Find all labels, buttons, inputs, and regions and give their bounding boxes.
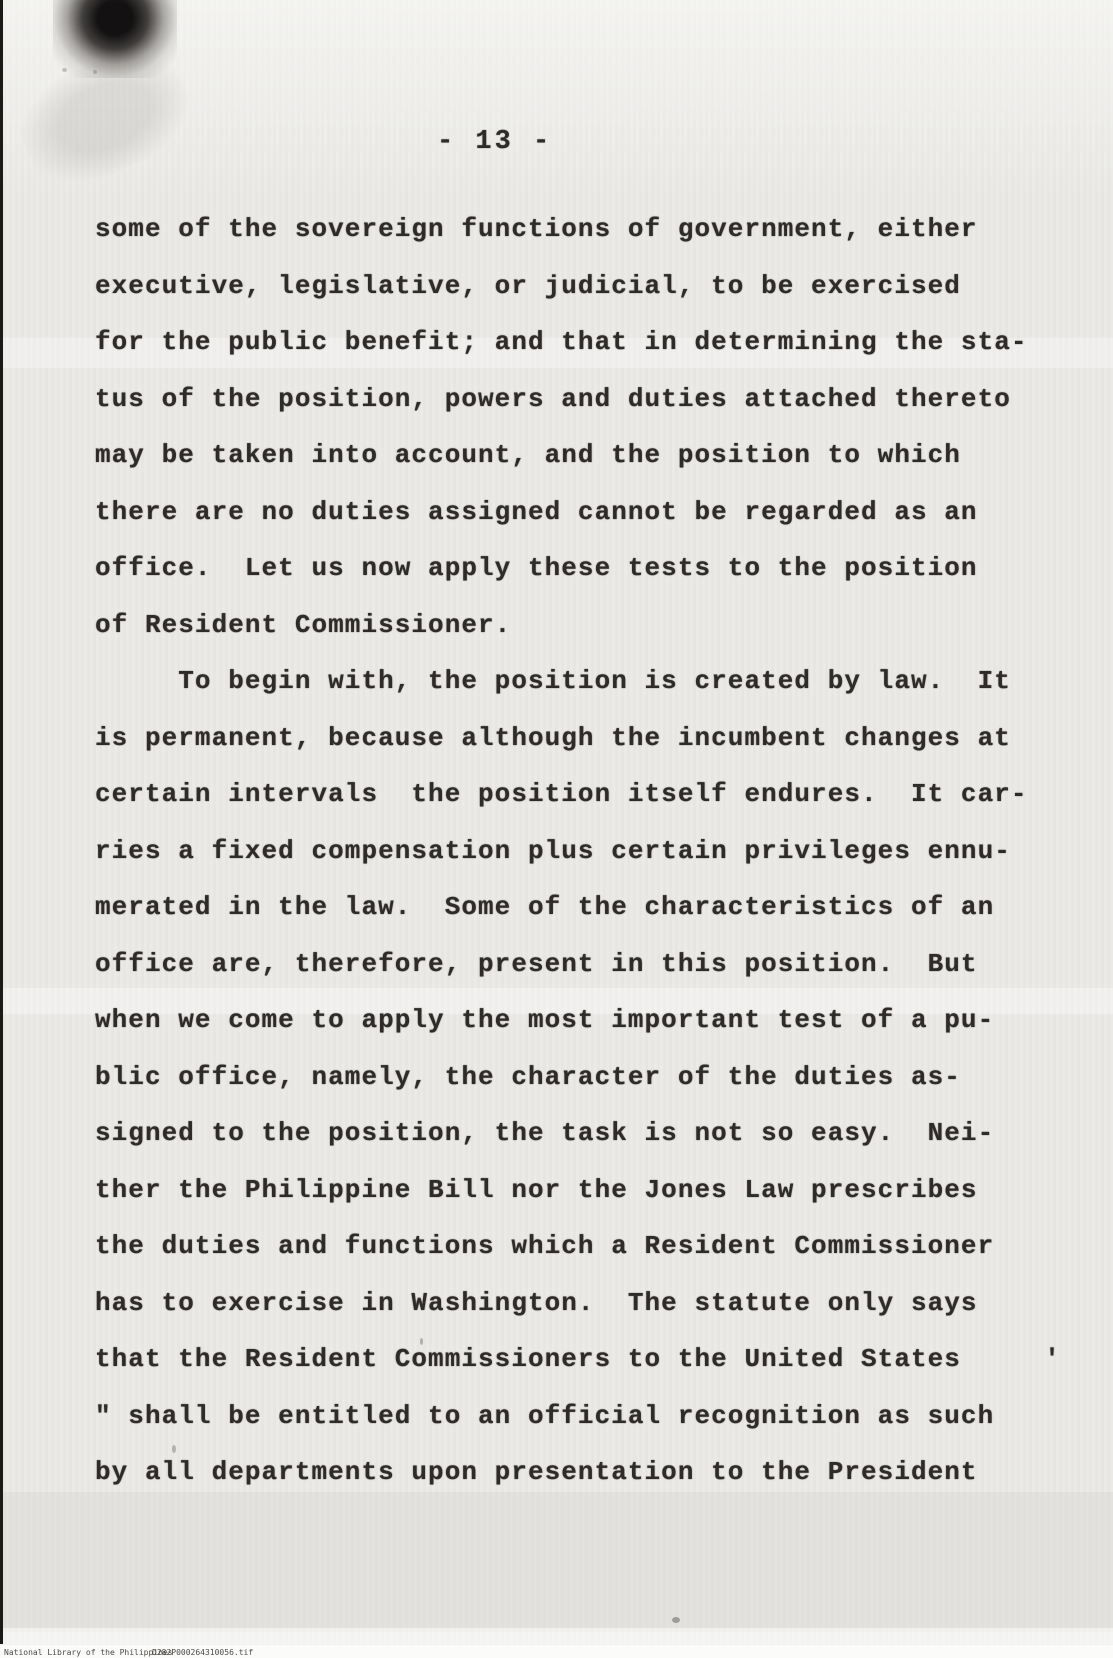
typewritten-text-line: To begin with, the position is created b… <box>95 653 1055 710</box>
typewritten-text-line: office are, therefore, present in this p… <box>95 936 1055 993</box>
typewritten-text-line: blic office, namely, the character of th… <box>95 1049 1055 1106</box>
footer-library-name: National Library of the Philippines <box>4 1648 173 1657</box>
document-body: some of the sovereign functions of gover… <box>95 201 1055 1501</box>
typewritten-text-line: merated in the law. Some of the characte… <box>95 879 1055 936</box>
typewritten-text-line: tus of the position, powers and duties a… <box>95 371 1055 428</box>
typewritten-text-line: there are no duties assigned cannot be r… <box>95 484 1055 541</box>
typewritten-text-line: of Resident Commissioner. <box>95 597 1055 654</box>
ink-speck <box>672 1617 680 1623</box>
scan-footer-bar: National Library of the Philippines D282… <box>0 1644 1113 1658</box>
typewritten-text-line: when we come to apply the most important… <box>95 992 1055 1049</box>
page-number: - 13 - <box>437 127 552 157</box>
typewritten-text-line: has to exercise in Washington. The statu… <box>95 1275 1055 1332</box>
typewritten-text-line: office. Let us now apply these tests to … <box>95 540 1055 597</box>
typewritten-text-line: is permanent, because although the incum… <box>95 710 1055 767</box>
typewritten-text-line: may be taken into account, and the posit… <box>95 427 1055 484</box>
scan-edge-strip <box>0 0 3 1658</box>
typewritten-text-line: signed to the position, the task is not … <box>95 1105 1055 1162</box>
ink-speck <box>62 68 67 72</box>
typewritten-text-line: some of the sovereign functions of gover… <box>95 201 1055 258</box>
typewritten-text-line: the duties and functions which a Residen… <box>95 1218 1055 1275</box>
typewritten-text-line: ries a fixed compensation plus certain p… <box>95 823 1055 880</box>
typewritten-text-line: by all departments upon presentation to … <box>95 1444 1055 1501</box>
typewritten-text-line: ther the Philippine Bill nor the Jones L… <box>95 1162 1055 1219</box>
footer-filename: D282P000264310056.tif <box>152 1648 253 1657</box>
scan-light-band-bottom <box>0 1628 1113 1645</box>
typewritten-text-line: executive, legislative, or judicial, to … <box>95 258 1055 315</box>
typewritten-text-line: for the public benefit; and that in dete… <box>95 314 1055 371</box>
typewritten-text-line: that the Resident Commissioners to the U… <box>95 1331 1055 1388</box>
ink-stain-icon <box>53 0 177 78</box>
typewritten-text-line: " shall be entitled to an official recog… <box>95 1388 1055 1445</box>
typewritten-text-line: certain intervals the position itself en… <box>95 766 1055 823</box>
scanned-document-page: - 13 - some of the sovereign functions o… <box>0 0 1113 1658</box>
ink-speck <box>93 70 97 74</box>
scan-shadow-band <box>0 1492 1113 1632</box>
